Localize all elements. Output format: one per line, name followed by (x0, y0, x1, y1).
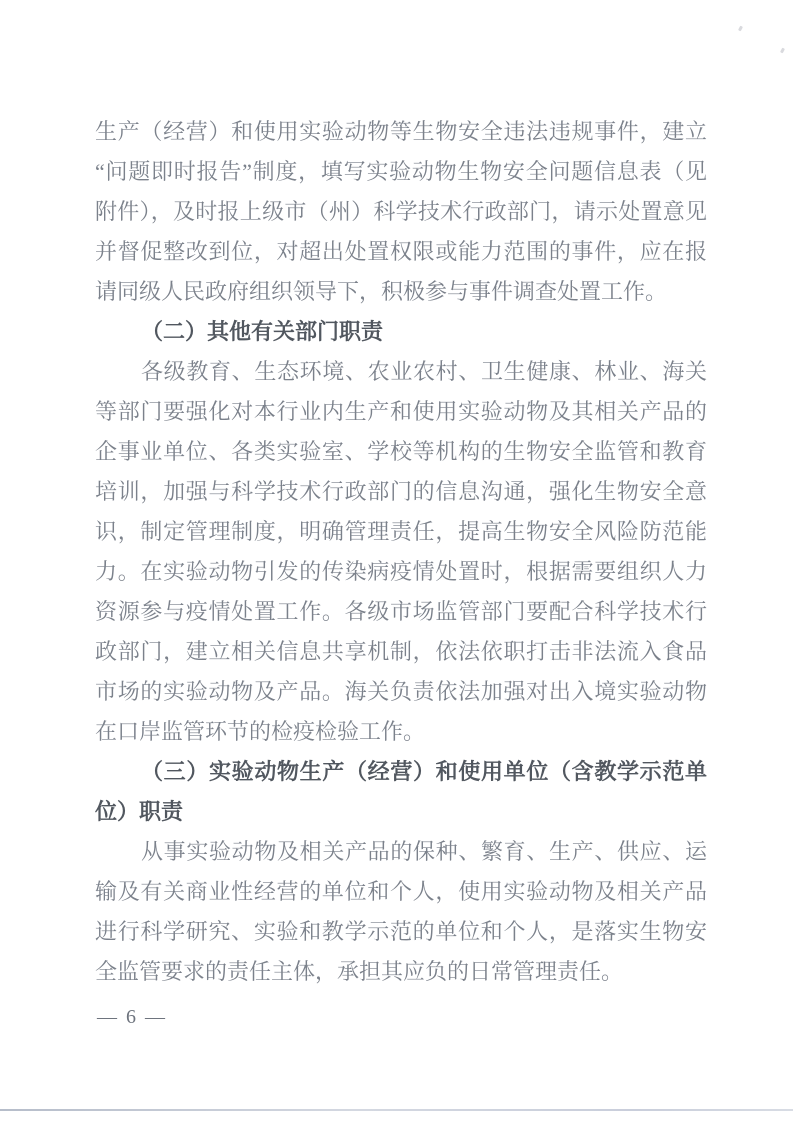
para1-line4: 并督促整改到位，对超出处置权限或能力范围的事件，应在报 (95, 232, 707, 272)
section3-heading-line1: （三）实验动物生产（经营）和使用单位（含教学示范单 (95, 752, 707, 792)
para2-line8: 政部门，建立相关信息共享机制，依法依职打击非法流入食品 (95, 632, 707, 672)
para1-line1: 生产（经营）和使用实验动物等生物安全违法违规事件，建立 (95, 112, 707, 152)
para2-line10: 在口岸监管环节的检疫检验工作。 (95, 712, 707, 752)
para2-line5: 识，制定管理制度，明确管理责任，提高生物安全风险防范能 (95, 512, 707, 552)
para2-line2: 等部门要强化对本行业内生产和使用实验动物及其相关产品的 (95, 392, 707, 432)
document-page: 生产（经营）和使用实验动物等生物安全违法违规事件，建立 “问题即时报告”制度，填… (0, 0, 793, 1122)
page-number: — 6 — (97, 1002, 167, 1032)
para1-line3: 附件），及时报上级市（州）科学技术行政部门，请示处置意见 (95, 192, 707, 232)
para2-line9: 市场的实验动物及产品。海关负责依法加强对出入境实验动物 (95, 672, 707, 712)
para1-line5: 请同级人民政府组织领导下，积极参与事件调查处置工作。 (95, 272, 707, 312)
section3-heading-line2: 位）职责 (95, 792, 707, 832)
para2-line3: 企事业单位、各类实验室、学校等机构的生物安全监管和教育 (95, 432, 707, 472)
para1-line2: “问题即时报告”制度，填写实验动物生物安全问题信息表（见 (95, 152, 707, 192)
para2-line6: 力。在实验动物引发的传染病疫情处置时，根据需要组织人力 (95, 552, 707, 592)
para2-line4: 培训，加强与科学技术行政部门的信息沟通，强化生物安全意 (95, 472, 707, 512)
para2-line1: 各级教育、生态环境、农业农村、卫生健康、林业、海关 (95, 352, 707, 392)
para3-line1: 从事实验动物及相关产品的保种、繁育、生产、供应、运 (95, 832, 707, 872)
text-block: 生产（经营）和使用实验动物等生物安全违法违规事件，建立 “问题即时报告”制度，填… (95, 112, 707, 992)
section2-heading: （二）其他有关部门职责 (95, 312, 707, 352)
para3-line4: 全监管要求的责任主体，承担其应负的日常管理责任。 (95, 952, 707, 992)
para3-line2: 输及有关商业性经营的单位和个人，使用实验动物及相关产品 (95, 872, 707, 912)
scan-speck (780, 48, 785, 54)
scan-speck (738, 26, 743, 32)
scan-edge-line (0, 1109, 793, 1111)
para3-line3: 进行科学研究、实验和教学示范的单位和个人，是落实生物安 (95, 912, 707, 952)
para2-line7: 资源参与疫情处置工作。各级市场监管部门要配合科学技术行 (95, 592, 707, 632)
